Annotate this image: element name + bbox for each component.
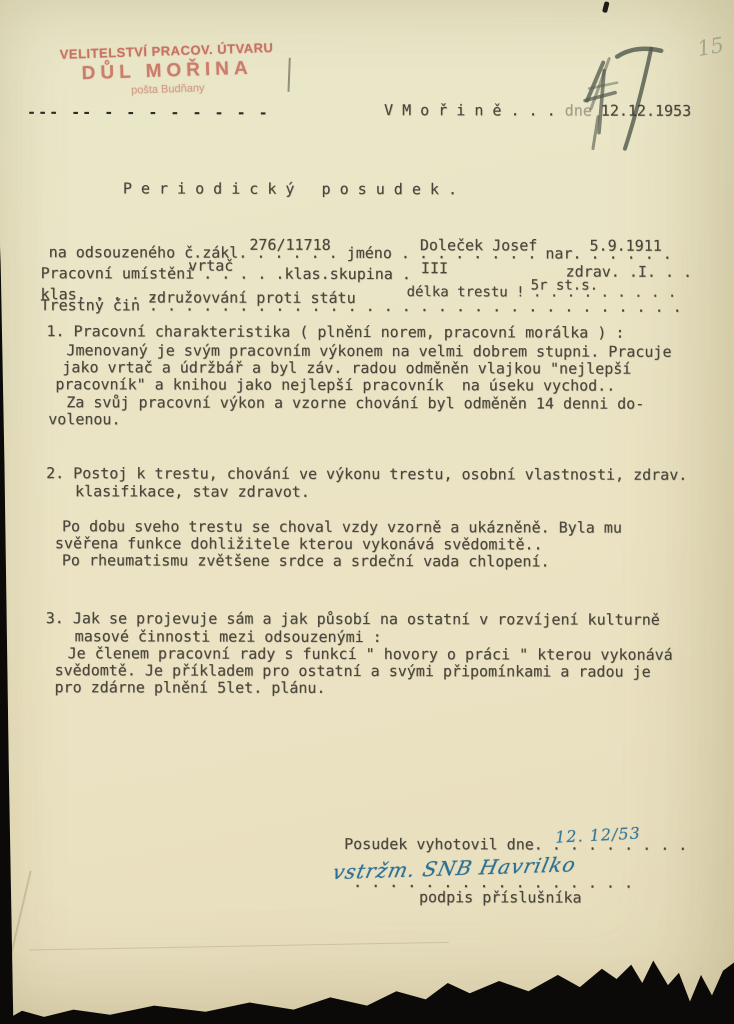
signature-caption: podpis příslušníka	[419, 889, 582, 906]
form-row-convict: na odsouzeného č.zákl.276/11718 . . . . …	[49, 244, 672, 263]
form-row-offense: Trestný činzdružovvání proti státu . . .…	[41, 297, 682, 316]
typed-line: Za svůj pracovní výkon a vzorne chování …	[66, 394, 644, 413]
pencil-tick-mark	[602, 1, 610, 13]
value-work-placement: vrtač	[188, 258, 233, 275]
unit-stamp: VELITELSTVÍ PRACOV. ÚTVARU DŮL MOŘINA po…	[58, 40, 276, 99]
label-class-group: klas.skupina .	[284, 265, 410, 283]
page-content: VELITELSTVÍ PRACOV. ÚTVARU DŮL MOŘINA po…	[0, 0, 734, 1024]
typed-line: Po rheumatismu zvětšene srdce a srdeční …	[62, 552, 550, 570]
field-case-number: 276/11718 . . . . .	[247, 245, 337, 262]
form-row-work-placement: Pracovní umístěnívrtač . . . . .klas.sku…	[41, 265, 448, 283]
handwritten-date: 12. 12/53	[554, 824, 640, 845]
label-offense: Trestný čin	[41, 296, 140, 314]
typed-line: volenou.	[48, 411, 120, 428]
value-sentence-length: 5r st.s.	[531, 277, 598, 294]
label-name: jméno	[338, 244, 392, 262]
field-birthdate: 5.9.1911 . . . . .	[581, 246, 671, 263]
typed-line: pracovník" a knihou jako nejlepší pracov…	[55, 376, 615, 394]
value-birthdate: 5.9.1911	[590, 238, 662, 255]
section-2-heading: 2. Postoj k trestu, chování ve výkonu tr…	[46, 465, 687, 484]
section-1-heading: 1. Pracovní charakteristika ( plnění nor…	[46, 323, 624, 342]
dateline-dots: . . .	[501, 101, 555, 119]
paper-crease	[29, 942, 449, 951]
value-name: Doleček Josef	[420, 237, 537, 254]
dateline-place: V M o ř i n ě	[384, 101, 501, 119]
field-report-date: 12. 12/53 . . . . . . . .	[543, 836, 688, 853]
typed-dash-underline: --- -- - - - - - - - -	[27, 103, 270, 122]
pencil-number-note: 15	[695, 33, 725, 61]
field-offense: združovvání proti státu . . . . . . . . …	[140, 297, 682, 315]
field-name: Doleček Josef . . . . . . . .	[392, 245, 537, 262]
stray-ink-mark	[288, 58, 291, 92]
document-title: P e r i o d i c k ý p o s u d e k .	[123, 180, 457, 198]
section-3-heading: 3. Jak se projevuje sám a jak působí na …	[46, 610, 660, 629]
typed-line: pro zdárne plnění 5let. plánu.	[55, 679, 326, 697]
pencil-scribble-47	[573, 29, 685, 165]
pencil-scribble-icon	[573, 29, 685, 161]
label-report-prepared: Posudek vyhotovil dne.	[344, 835, 543, 854]
value-case-number: 276/11718	[249, 237, 330, 254]
dateline-date: 12.12.1953	[601, 102, 691, 120]
dateline: V M o ř i n ě . . . dne 12.12.1953	[384, 102, 691, 120]
paper-crease	[0, 871, 32, 998]
label-work-placement: Pracovní umístění	[41, 264, 195, 282]
dateline-dne: dne	[556, 101, 601, 119]
value-offense: združovvání proti státu	[148, 289, 356, 307]
signature-date-row: Posudek vyhotovil dne.12. 12/53 . . . . …	[344, 836, 687, 854]
section-2-heading-2: klasifikace, stav zdravot.	[75, 483, 310, 501]
label-birthdate: nar.	[536, 244, 581, 262]
scanned-document-page: VELITELSTVÍ PRACOV. ÚTVARU DŮL MOŘINA po…	[0, 0, 734, 1024]
field-work-placement: vrtač . . . . .	[194, 266, 284, 283]
value-class-group: III	[421, 259, 448, 277]
